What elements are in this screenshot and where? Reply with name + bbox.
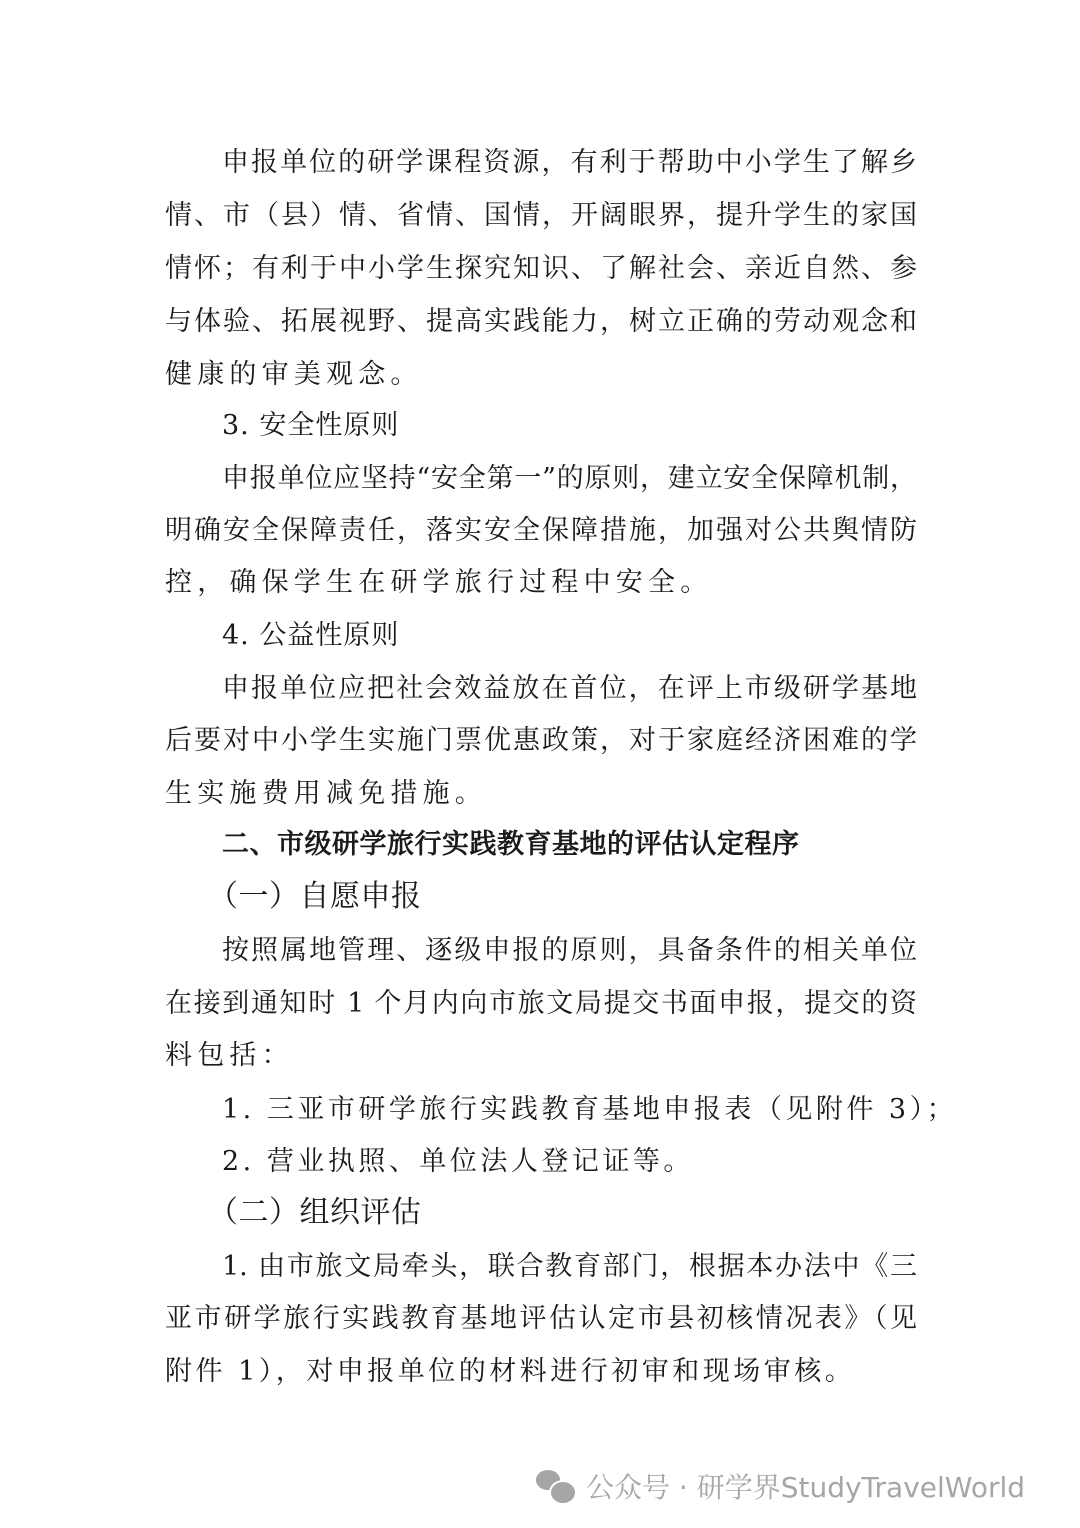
subsection-1-heading: （一）自愿申报 (208, 880, 422, 914)
principle-4-title: 4. 公益性原则 (222, 619, 399, 653)
watermark-text: 公众号 · 研学界StudyTravelWorld (586, 1466, 1025, 1506)
paragraph-line: 申报单位的研学课程资源，有利于帮助中小学生了解乡 (222, 146, 917, 180)
paragraph-line: 控，确保学生在研学旅行过程中安全。 (165, 566, 712, 600)
paragraph-line: 健康的审美观念。 (165, 358, 423, 392)
paragraph-line: 按照属地管理、逐级申报的原则，具备条件的相关单位 (222, 934, 917, 968)
paragraph-line: 亚市研学旅行实践教育基地评估认定市县初核情况表》（见 (165, 1302, 917, 1336)
wechat-watermark: 公众号 · 研学界StudyTravelWorld (536, 1466, 1025, 1506)
paragraph-line: 在接到通知时 1 个月内向市旅文局提交书面申报，提交的资 (165, 987, 917, 1021)
paragraph-line: 情怀；有利于中小学生探究知识、了解社会、亲近自然、参 (165, 252, 917, 286)
paragraph-line: 后要对中小学生实施门票优惠政策，对于家庭经济困难的学 (165, 724, 917, 758)
paragraph-line: 1. 由市旅文局牵头，联合教育部门，根据本办法中《三 (222, 1250, 917, 1284)
section-2-heading: 二、市级研学旅行实践教育基地的评估认定程序 (222, 828, 800, 862)
list-item: 2. 营业执照、单位法人登记证等。 (222, 1145, 694, 1179)
list-item: 1. 三亚市研学旅行实践教育基地申报表（见附件 3）； (222, 1093, 957, 1127)
subsection-2-heading: （二）组织评估 (208, 1196, 422, 1230)
paragraph-line: 料包括： (165, 1039, 294, 1073)
paragraph-line: 情、市（县）情、省情、国情，开阔眼界，提升学生的家国 (165, 199, 917, 233)
paragraph-line: 生实施费用减免措施。 (165, 777, 487, 811)
paragraph-line: 申报单位应把社会效益放在首位，在评上市级研学基地 (222, 672, 917, 706)
paragraph-line: 附件 1），对申报单位的材料进行初审和现场审核。 (165, 1355, 855, 1389)
paragraph-line: 明确安全保障责任，落实安全保障措施，加强对公共舆情防 (165, 514, 917, 548)
paragraph-line: 申报单位应坚持“安全第一”的原则，建立安全保障机制， (222, 462, 917, 496)
wechat-icon (536, 1468, 576, 1504)
principle-3-title: 3. 安全性原则 (222, 409, 399, 443)
paragraph-line: 与体验、拓展视野、提高实践能力，树立正确的劳动观念和 (165, 305, 917, 339)
